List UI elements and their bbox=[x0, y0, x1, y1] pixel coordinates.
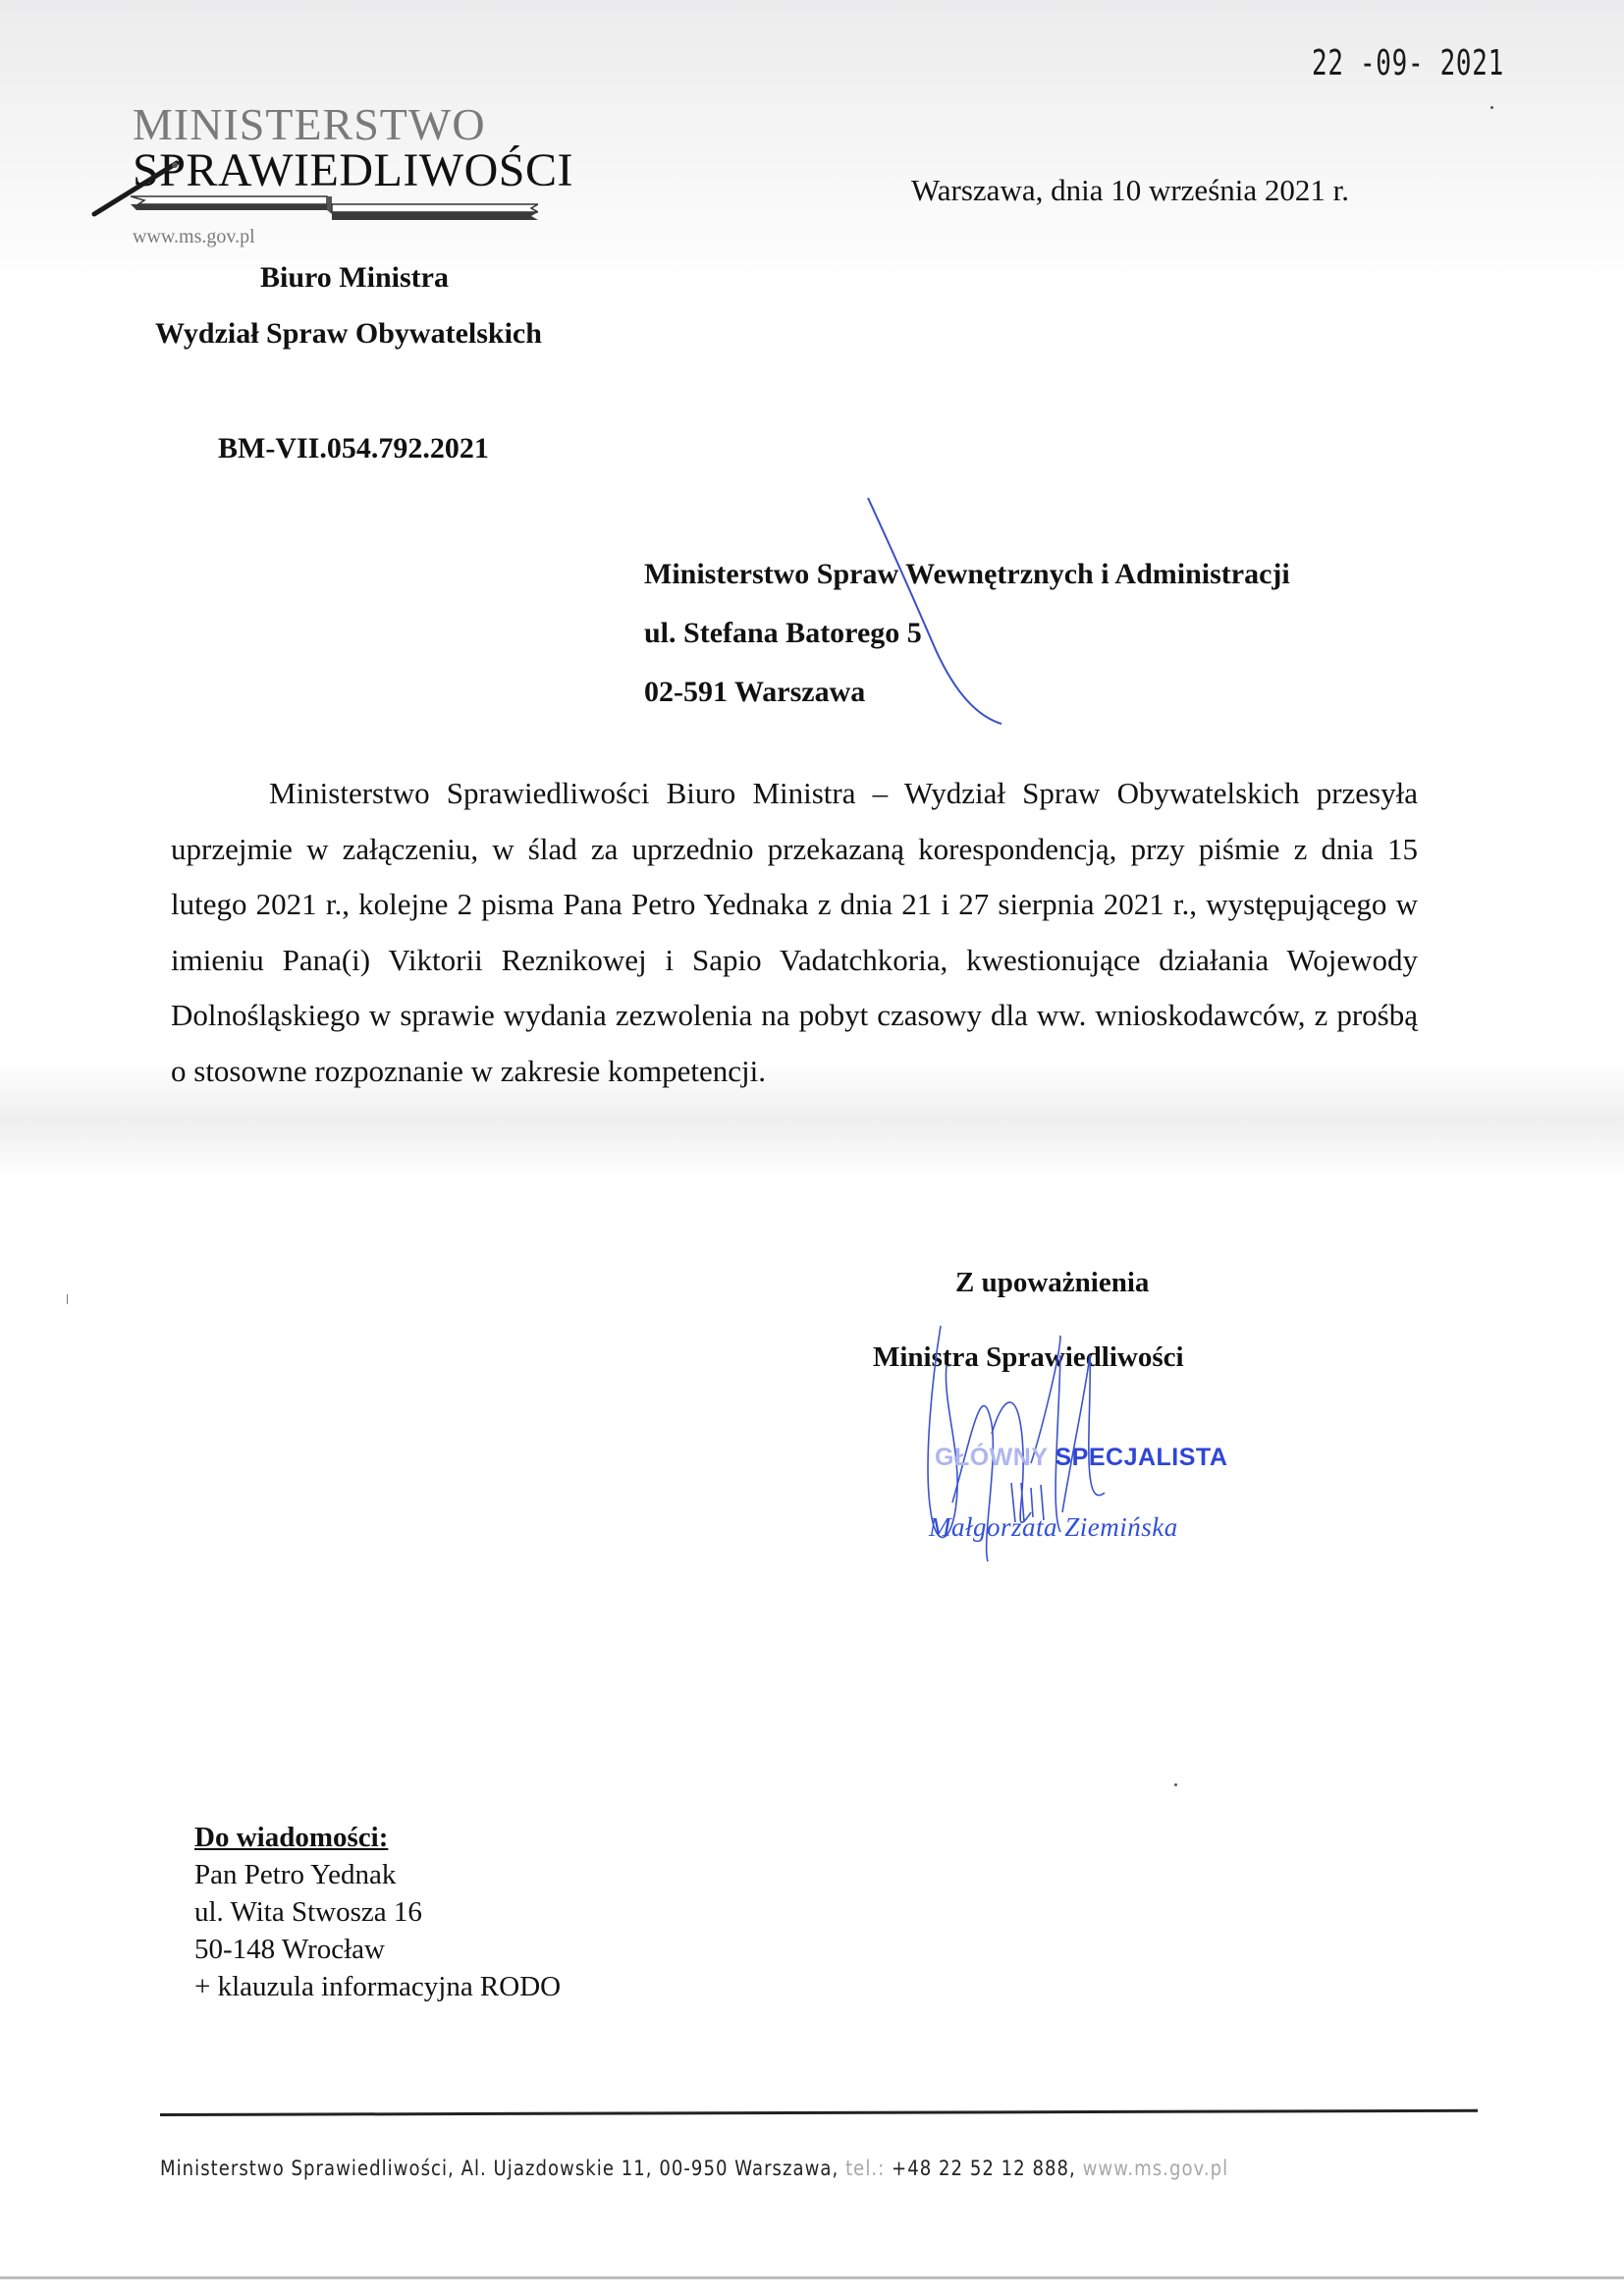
letter-date: Warszawa, dnia 10 września 2021 r. bbox=[911, 173, 1349, 208]
logo-sprawiedliwosci: SPRAWIEDLIWOŚCI bbox=[133, 143, 573, 197]
cc-heading: Do wiadomości: bbox=[194, 1822, 388, 1854]
logo-website: www.ms.gov.pl bbox=[133, 226, 255, 248]
cc-line: ul. Wita Stwosza 16 bbox=[194, 1896, 422, 1929]
recipient-city: 02-591 Warszawa bbox=[644, 676, 865, 709]
flag-ribbon-icon bbox=[131, 194, 538, 220]
footer-divider bbox=[160, 2109, 1478, 2116]
sender-department: Wydział Spraw Obywatelskich bbox=[155, 317, 542, 351]
letter-body: Ministerstwo Sprawiedliwości Biuro Minis… bbox=[171, 766, 1418, 1100]
sender-office: Biuro Ministra bbox=[260, 261, 449, 295]
scan-mark bbox=[67, 1294, 68, 1304]
received-date-stamp: 22 -09- 2021 bbox=[1312, 43, 1504, 83]
scan-speck bbox=[1490, 106, 1493, 109]
scan-speck bbox=[1174, 1783, 1177, 1786]
page-edge bbox=[0, 2276, 1624, 2279]
stamp-signatory-name: Małgorzata Ziemińska bbox=[929, 1512, 1178, 1543]
body-paragraph: Ministerstwo Sprawiedliwości Biuro Minis… bbox=[171, 766, 1418, 1100]
reference-number: BM-VII.054.792.2021 bbox=[218, 432, 489, 465]
footer-contact: Ministerstwo Sprawiedliwości, Al. Ujazdo… bbox=[160, 2157, 1228, 2180]
signature-authorization: Z upoważnienia bbox=[955, 1267, 1149, 1299]
pen-check-mark bbox=[864, 496, 1011, 727]
cc-line: + klauzula informacyjna RODO bbox=[194, 1971, 561, 2003]
cc-line: 50-148 Wrocław bbox=[194, 1934, 385, 1966]
cc-line: Pan Petro Yednak bbox=[194, 1859, 396, 1891]
stamp-job-title: GŁÓWNY SPECJALISTA bbox=[935, 1444, 1227, 1472]
